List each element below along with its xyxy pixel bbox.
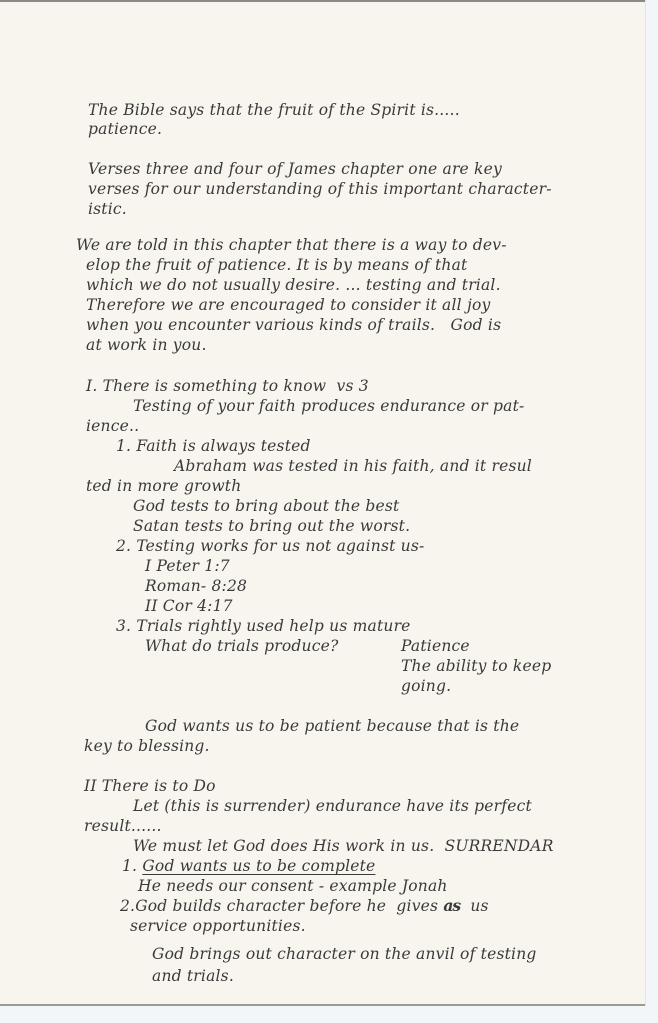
section-two-line-1: Let (this is surrender) endurance have i… [133, 796, 532, 816]
section-two-point2-line-2: service opportunities. [130, 916, 306, 936]
intro-line-1: The Bible says that the fruit of the Spi… [88, 100, 460, 120]
section-one-heading: I. There is something to know vs 3 [86, 376, 369, 396]
section-one-line-2: ience.. [86, 416, 139, 436]
point-number: 1. [122, 857, 142, 875]
point1-line-2: ted in more growth [86, 476, 241, 496]
point1-line-4: Satan tests to bring out the worst. [133, 516, 410, 536]
section-one-line-1: Testing of your faith produces endurance… [133, 396, 524, 416]
key-verses-line-3: istic. [88, 199, 127, 219]
section-two-point1-line-1: He needs our consent - example Jonah [138, 876, 448, 896]
scripture-ref: II Cor 4:17 [145, 596, 233, 616]
point3-answer-1: Patience [401, 636, 470, 656]
section-two-point2-line-3: God brings out character on the anvil of… [152, 944, 537, 964]
point1-line-3: God tests to bring about the best [133, 496, 399, 516]
point2-title: 2. Testing works for us not against us- [116, 536, 424, 556]
text-segment: us [460, 897, 489, 915]
section-two-heading: II There is to Do [84, 776, 216, 796]
section-two-line-2: result...... [84, 816, 162, 836]
point1-title: 1. Faith is always tested [116, 436, 311, 456]
text-segment: 2.God builds character before he gives [120, 897, 443, 915]
key-verses-line-2: verses for our understanding of this imp… [88, 179, 552, 199]
summary-line-4: Therefore we are encouraged to consider … [86, 295, 490, 315]
document-page: The Bible says that the fruit of the Spi… [0, 0, 645, 1006]
section-one-closing-2: key to blessing. [84, 736, 210, 756]
section-two-point2-line-1: 2.God builds character before he gives a… [120, 896, 489, 916]
point3-title: 3. Trials rightly used help us mature [116, 616, 411, 636]
point1-underlined-title: God wants us to be complete [142, 857, 375, 875]
point1-line-1: Abraham was tested in his faith, and it … [174, 456, 532, 476]
key-verses-line-1: Verses three and four of James chapter o… [88, 159, 502, 179]
summary-line-3: which we do not usually desire. ... test… [86, 275, 501, 295]
summary-line-1: We are told in this chapter that there i… [76, 235, 507, 255]
point3-answer-2: The ability to keep [401, 656, 551, 676]
section-one-closing-1: God wants us to be patient because that … [145, 716, 519, 736]
section-two-point2-line-4: and trials. [152, 966, 234, 986]
page-top-edge [0, 0, 645, 2]
section-two-line-3: We must let God does His work in us. SUR… [133, 836, 554, 856]
intro-line-2: patience. [88, 119, 162, 139]
summary-line-5: when you encounter various kinds of trai… [86, 315, 501, 335]
summary-line-2: elop the fruit of patience. It is by mea… [86, 255, 467, 275]
point3-question: What do trials produce? [145, 636, 339, 656]
section-two-point1: 1. God wants us to be complete [122, 856, 375, 876]
scripture-ref: Roman- 8:28 [145, 576, 247, 596]
overstruck-text: as [443, 896, 460, 915]
scripture-ref: I Peter 1:7 [145, 556, 230, 576]
point3-answer-3: going. [401, 676, 451, 696]
summary-line-6: at work in you. [86, 335, 207, 355]
